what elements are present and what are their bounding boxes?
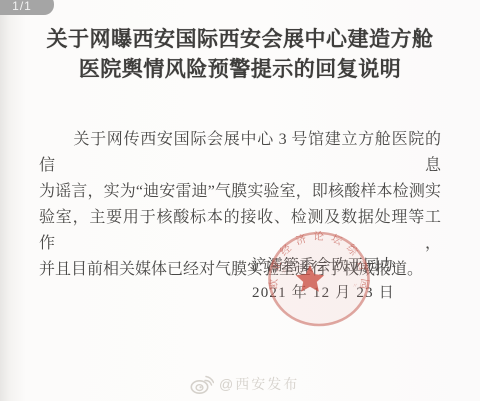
page-indicator-label: 1/1 xyxy=(12,0,32,13)
watermark-handle: @西安发布 xyxy=(219,374,299,394)
title-line-1: 关于网曝西安国际西安会展中心建造方舱 xyxy=(0,24,480,54)
signature-date: 2021 年 12 月 23 日 xyxy=(252,281,395,302)
page-indicator-badge: 1/1 xyxy=(0,0,54,15)
signature-org: 浐灞管委会欧亚园办 xyxy=(251,253,396,275)
weibo-icon xyxy=(190,375,214,394)
body-line: 关于网传西安国际会展中心 3 号馆建立方舱医院的信息 xyxy=(39,127,441,179)
body-line: 验室，主要用于核酸标本的接收、检测及数据处理等工作， xyxy=(39,205,441,257)
body-line: 为谣言，实为“迪安雷迪”气膜实验室，即核酸样本检测实 xyxy=(39,179,441,205)
screenshot-root: 1/1 关于网曝西安国际西安会展中心建造方舱 医院舆情风险预警提示的回复说明 关… xyxy=(0,0,480,401)
watermark: @西安发布 xyxy=(190,374,299,394)
title-line-2: 医院舆情风险预警提示的回复说明 xyxy=(0,54,480,84)
document-title: 关于网曝西安国际西安会展中心建造方舱 医院舆情风险预警提示的回复说明 xyxy=(0,24,480,84)
